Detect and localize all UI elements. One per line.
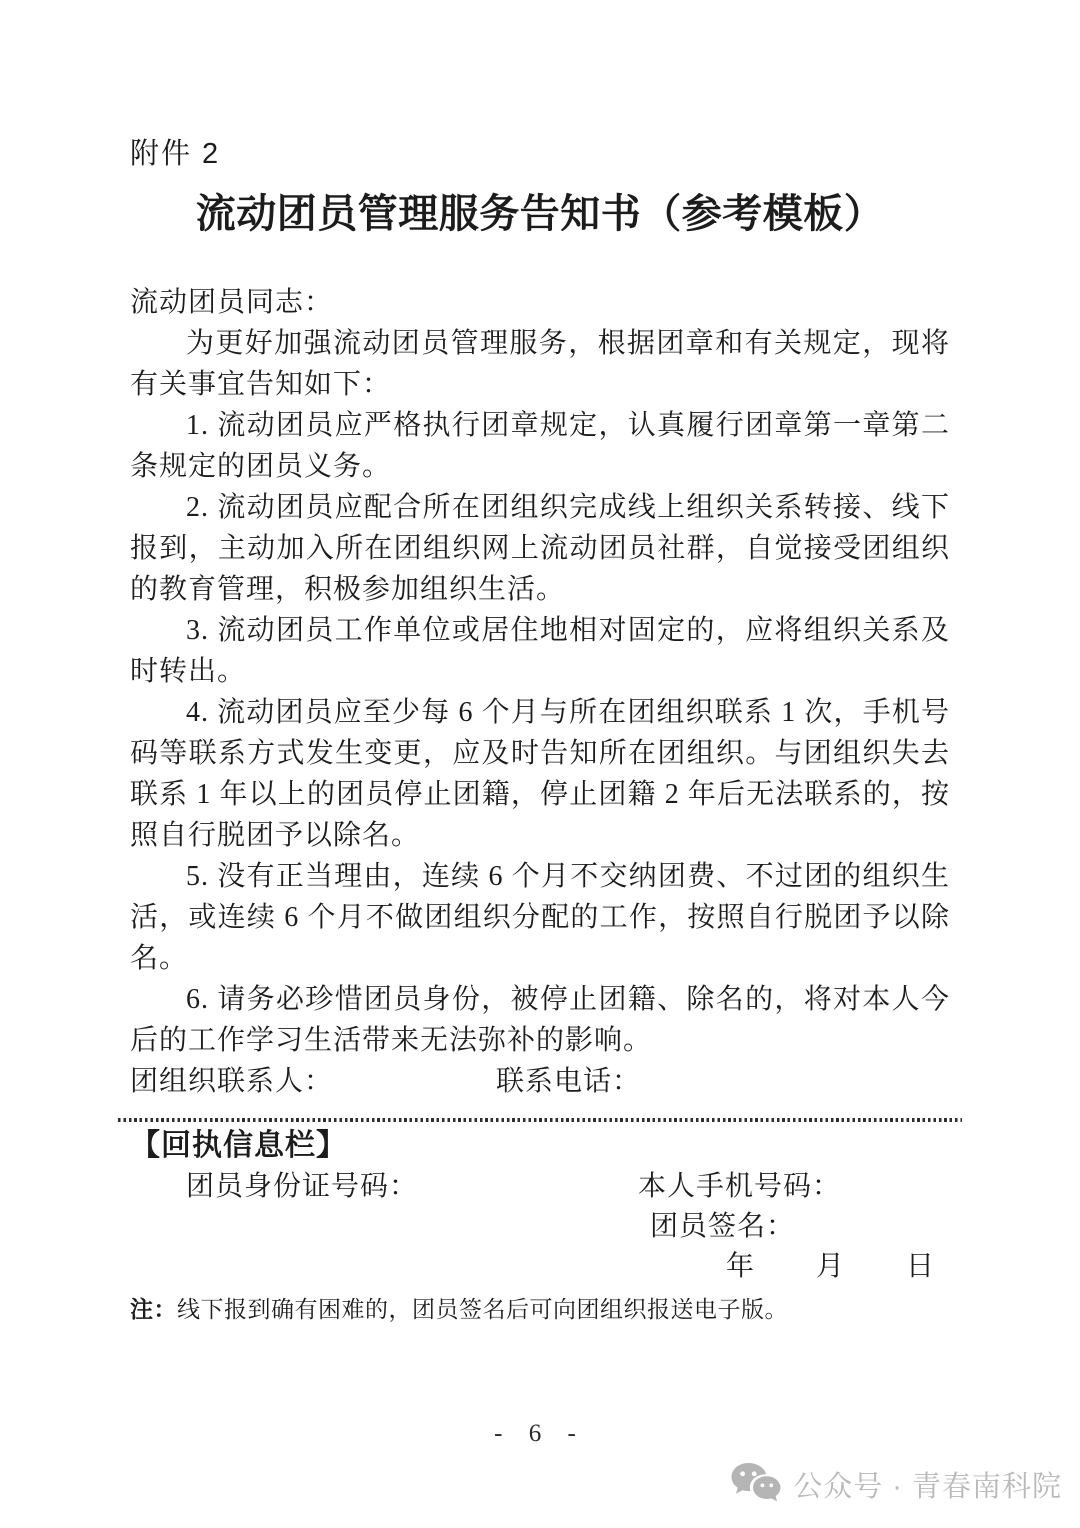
date-row: 年 月 日: [130, 1250, 950, 1284]
wechat-icon: [729, 1460, 783, 1508]
contact-phone-label: 联系电话：: [496, 1061, 641, 1102]
watermark-text: 公众号 · 青春南科院: [793, 1464, 1062, 1505]
footnote-text: 线下报到确有困难的，团员签名后可向团组织报送电子版。: [177, 1297, 788, 1322]
footer-watermark: 公众号 · 青春南科院: [729, 1460, 1062, 1508]
page-number: - 6 -: [0, 1420, 1080, 1448]
attachment-label: 附件 2: [130, 138, 950, 170]
footnote-label: 注：: [130, 1296, 177, 1322]
date-blanks: 年 月 日: [726, 1251, 936, 1282]
signature-label: 团员签名：: [650, 1211, 795, 1242]
list-item-2: 2. 流动团员应配合所在团组织完成线上组织关系转接、线下报到，主动加入所在团组织…: [130, 487, 950, 610]
dotted-separator: [118, 1118, 962, 1122]
footnote: 注：线下报到确有困难的，团员签名后可向团组织报送电子版。: [130, 1294, 950, 1325]
list-item-4: 4. 流动团员应至少每 6 个月与所在团组织联系 1 次，手机号码等联系方式发生…: [130, 692, 950, 856]
intro-paragraph: 为更好加强流动团员管理服务，根据团章和有关规定，现将有关事宜告知如下：: [130, 323, 950, 405]
mobile-number-label: 本人手机号码：: [638, 1170, 841, 1204]
signature-row: 团员签名：: [130, 1210, 950, 1244]
contact-line: 团组织联系人： 联系电话：: [130, 1061, 950, 1102]
document-page: 附件 2 流动团员管理服务告知书（参考模板） 流动团员同志： 为更好加强流动团员…: [0, 0, 1080, 1528]
member-id-label: 团员身份证号码：: [186, 1170, 638, 1204]
list-item-1: 1. 流动团员应严格执行团章规定，认真履行团章第一章第二条规定的团员义务。: [130, 405, 950, 487]
page-title: 流动团员管理服务告知书（参考模板）: [130, 186, 950, 242]
list-item-6: 6. 请务必珍惜团员身份，被停止团籍、除名的，将对本人今后的工作学习生活带来无法…: [130, 979, 950, 1061]
list-item-5: 5. 没有正当理由，连续 6 个月不交纳团费、不过团的组织生活，或连续 6 个月…: [130, 856, 950, 979]
contact-person-label: 团组织联系人：: [130, 1061, 496, 1102]
list-item-3: 3. 流动团员工作单位或居住地相对固定的，应将组织关系及时转出。: [130, 610, 950, 692]
receipt-id-row: 团员身份证号码： 本人手机号码：: [130, 1170, 950, 1204]
salutation: 流动团员同志：: [130, 282, 950, 323]
receipt-section-header: 【回执信息栏】: [130, 1128, 950, 1164]
